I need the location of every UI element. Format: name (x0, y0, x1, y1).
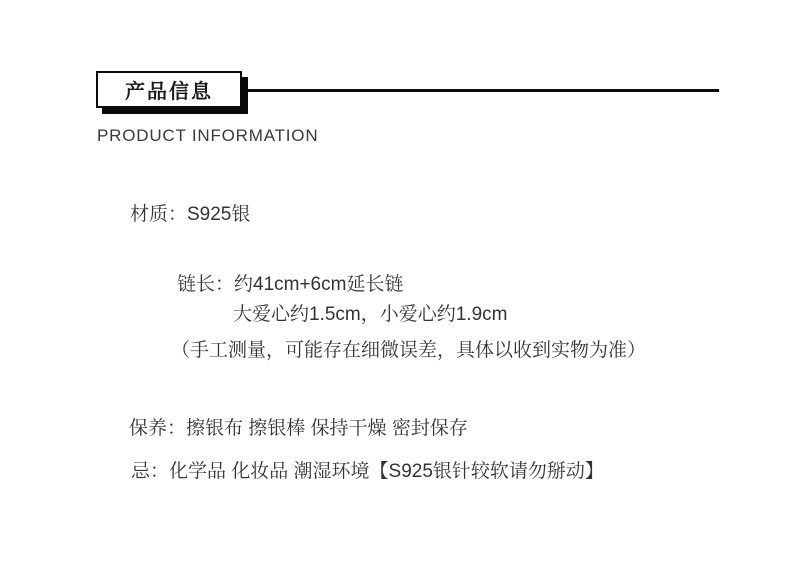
spec-chain-length: 链长：约41cm+6cm延长链 (177, 274, 403, 296)
header-rule-line (248, 89, 719, 92)
section-title-en: PRODUCT INFORMATION (97, 126, 318, 146)
section-title-box: 产品信息 (96, 71, 242, 108)
spec-care-instructions: 保养：擦银布 擦银棒 保持干燥 密封保存 (129, 418, 468, 440)
product-description-page: 产品信息 PRODUCT INFORMATION 材质：S925银 链长：约41… (0, 0, 790, 576)
spec-material: 材质：S925银 (130, 204, 250, 226)
spec-avoid-warning: 忌：化学品 化妆品 潮湿环境【S925银针较软请勿掰动】 (131, 461, 604, 483)
spec-heart-sizes: 大爱心约1.5cm，小爱心约1.9cm (233, 304, 507, 326)
section-title-cn: 产品信息 (125, 75, 213, 104)
spec-measurement-note: （手工测量，可能存在细微误差，具体以收到实物为准） (171, 340, 646, 362)
